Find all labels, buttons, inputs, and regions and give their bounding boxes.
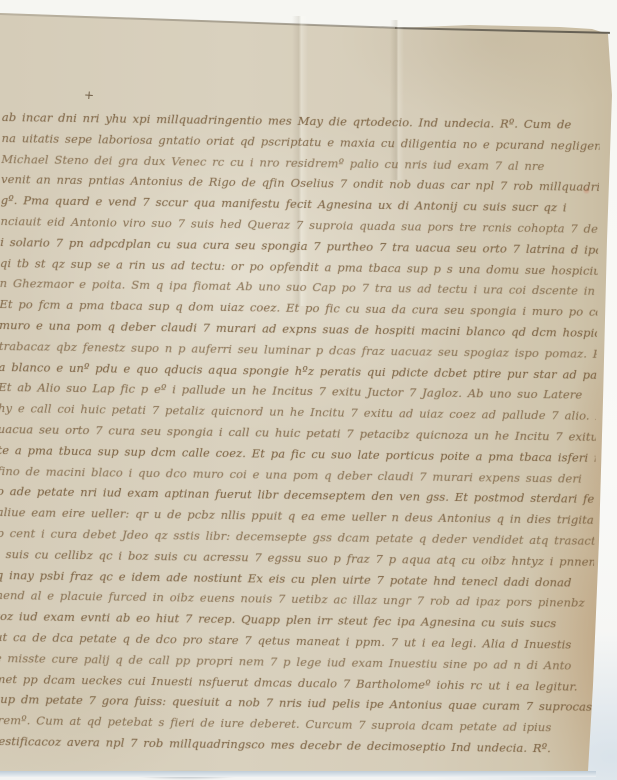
ink-cross-mark: + — [84, 88, 95, 103]
scanned-image: + ab incar dni nri yhu xpi millquadringe… — [0, 0, 617, 780]
manuscript-text-block: ab incar dni nri yhu xpi millquadringent… — [0, 107, 600, 759]
scanner-bed-strip — [0, 771, 596, 777]
